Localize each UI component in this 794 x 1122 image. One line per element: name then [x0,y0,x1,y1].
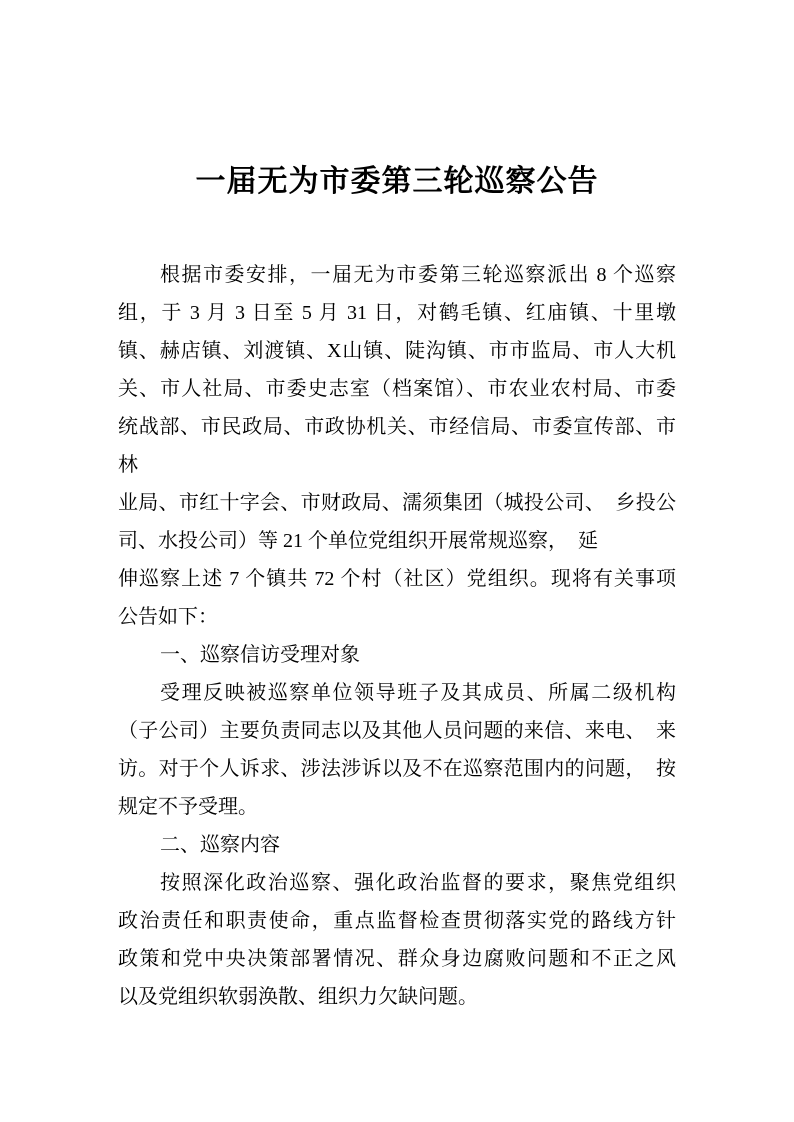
body-line: 政策和党中央决策部署情况、群众身边腐败问题和不正之风 [118,940,676,978]
document-title: 一届无为市委第三轮巡察公告 [118,158,676,206]
body-line: 按照深化政治巡察、强化政治监督的要求，聚焦党组织 [118,864,676,902]
body-line: （子公司）主要负责同志以及其他人员问题的来信、来电、 来 [118,712,676,750]
body-line: 组，于 3 月 3 日至 5 月 31 日，对鹤毛镇、红庙镇、十里墩 [118,294,676,332]
body-line: 受理反映被巡察单位领导班子及其成员、所属二级机构 [118,674,676,712]
body-line: 规定不予受理。 [118,788,676,826]
body-line: 关、市人社局、市委史志室（档案馆）、市农业农村局、市委 [118,370,676,408]
body-line: 公告如下： [118,598,676,636]
body-line: 镇、赫店镇、刘渡镇、X山镇、陡沟镇、市市监局、市人大机 [118,332,676,370]
document-page: 一届无为市委第三轮巡察公告 根据市委安排，一届无为市委第三轮巡察派出 8 个巡察… [0,0,794,1122]
body-line: 以及党组织软弱涣散、组织力欠缺问题。 [118,978,676,1016]
document-body: 根据市委安排，一届无为市委第三轮巡察派出 8 个巡察 组，于 3 月 3 日至 … [118,256,676,1016]
body-line: 统战部、市民政局、市政协机关、市经信局、市委宣传部、市林 [118,408,676,484]
body-line: 根据市委安排，一届无为市委第三轮巡察派出 8 个巡察 [118,256,676,294]
body-line: 司、水投公司）等 21 个单位党组织开展常规巡察， 延 [118,522,676,560]
body-line: 伸巡察上述 7 个镇共 72 个村（社区）党组织。现将有关事项 [118,560,676,598]
body-line: 业局、市红十字会、市财政局、濡须集团（城投公司、 乡投公 [118,484,676,522]
section-heading: 二、巡察内容 [118,826,676,864]
body-line: 访。对于个人诉求、涉法涉诉以及不在巡察范围内的问题， 按 [118,750,676,788]
body-line: 政治责任和职责使命，重点监督检查贯彻落实党的路线方针 [118,902,676,940]
section-heading: 一、巡察信访受理对象 [118,636,676,674]
